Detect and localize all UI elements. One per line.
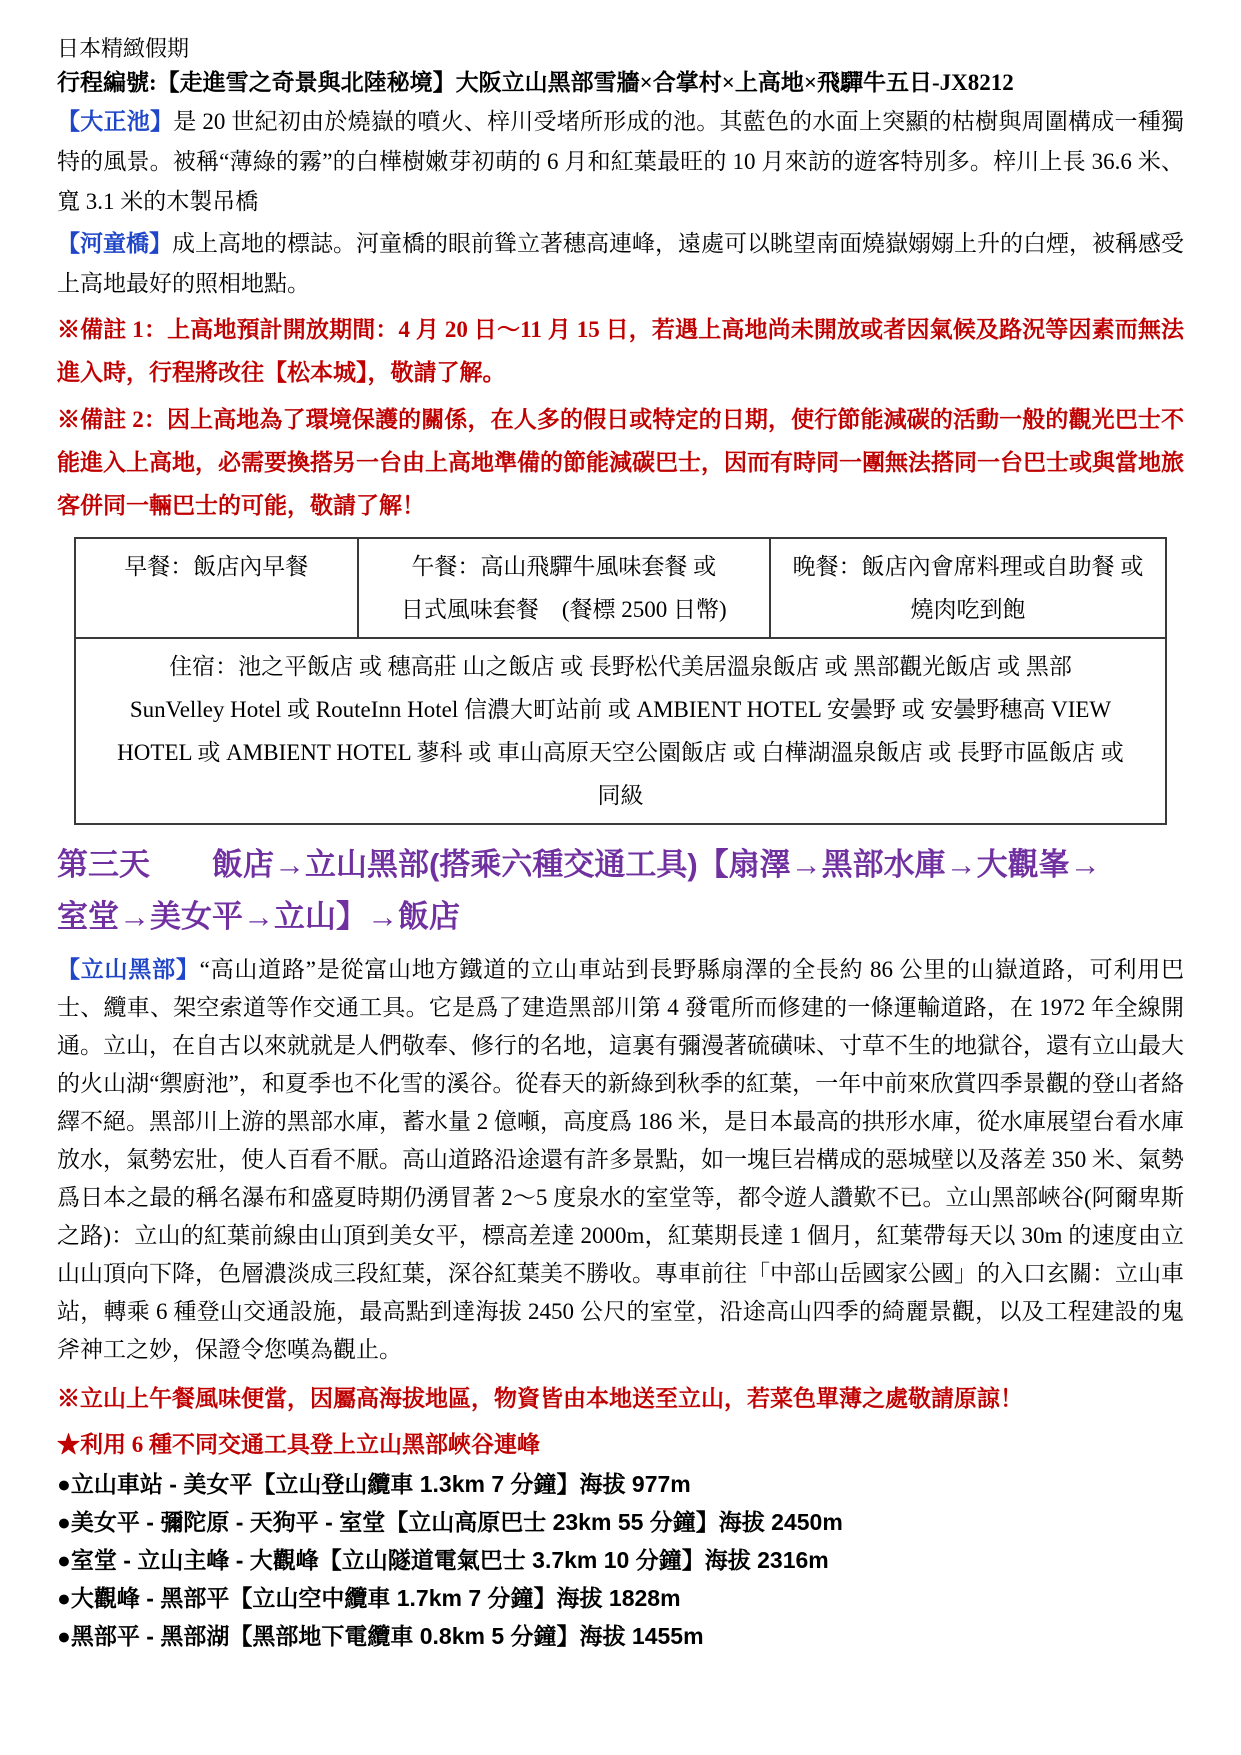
paragraph-taisho-pond: 【大正池】是 20 世紀初由於燒嶽的噴火、梓川受堵所形成的池。其藍色的水面上突顯… <box>57 102 1184 222</box>
dinner-cell: 晚餐：飯店內會席料理或自助餐 或 燒肉吃到飽 <box>770 538 1166 638</box>
transport-item-1: ●立山車站 - 美女平【立山登山纜車 1.3km 7 分鐘】海拔 977m <box>57 1465 1184 1503</box>
paragraph-tateyama-kurobe: 【立山黑部】“高山道路”是從富山地方鐵道的立山車站到長野縣扇澤的全長約 86 公… <box>57 951 1184 1369</box>
lodging-line-3: HOTEL 或 AMBIENT HOTEL 蓼科 或 車山高原天空公園飯店 或 … <box>84 731 1157 774</box>
itinerary-document-page: 日本精緻假期 行程編號:【走進雪之奇景與北陸秘境】大阪立山黑部雪牆×合掌村×上高… <box>0 0 1241 1755</box>
day3-heading-line-1: 第三天 飯店→立山黑部(搭乘六種交通工具)【扇澤→黑部水庫→大觀峯→ <box>57 839 1184 891</box>
lunch-line-2: 日式風味套餐 (餐標 2500 日幣) <box>367 588 761 631</box>
taisho-pond-body: 是 20 世紀初由於燒嶽的噴火、梓川受堵所形成的池。其藍色的水面上突顯的枯樹與周… <box>57 109 1184 214</box>
kappa-bridge-label: 【河童橋】 <box>57 231 172 256</box>
kappa-bridge-body: 成上高地的標誌。河童橋的眼前聳立著穗高連峰，遠處可以眺望南面燒嶽嫋嫋上升的白煙，… <box>57 231 1184 296</box>
taisho-pond-label: 【大正池】 <box>57 109 173 134</box>
lodging-line-4: 同級 <box>84 774 1157 817</box>
lunch-line-1: 午餐：高山飛驒牛風味套餐 或 <box>367 545 761 588</box>
tateyama-lunch-note: ※立山上午餐風味便當，因屬高海拔地區，物資皆由本地送至立山，若菜色單薄之處敬請原… <box>57 1377 1184 1421</box>
tateyama-kurobe-body: “高山道路”是從富山地方鐵道的立山車站到長野縣扇澤的全長約 86 公里的山嶽道路… <box>57 957 1184 1362</box>
lodging-line-2: SunVelley Hotel 或 RouteInn Hotel 信濃大町站前 … <box>84 688 1157 731</box>
paragraph-kappa-bridge: 【河童橋】成上高地的標誌。河童橋的眼前聳立著穗高連峰，遠處可以眺望南面燒嶽嫋嫋上… <box>57 224 1184 304</box>
day3-heading-line-2: 室堂→美女平→立山】→飯店 <box>57 891 1184 943</box>
lodging-cell: 住宿：池之平飯店 或 穗高莊 山之飯店 或 長野松代美居溫泉飯店 或 黑部觀光飯… <box>75 638 1166 824</box>
transport-item-2: ●美女平 - 彌陀原 - 天狗平 - 室堂【立山高原巴士 23km 55 分鐘】… <box>57 1503 1184 1541</box>
lodging-row: 住宿：池之平飯店 或 穗高莊 山之飯店 或 長野松代美居溫泉飯店 或 黑部觀光飯… <box>75 638 1166 824</box>
meals-lodging-table: 早餐：飯店內早餐 午餐：高山飛驒牛風味套餐 或 日式風味套餐 (餐標 2500 … <box>74 537 1167 825</box>
breakfast-text: 早餐：飯店內早餐 <box>84 545 349 588</box>
remark-note-2: ※備註 2：因上高地為了環境保護的關係，在人多的假日或特定的日期，使行節能減碳的… <box>57 398 1184 527</box>
tateyama-kurobe-label: 【立山黑部】 <box>57 957 200 982</box>
day3-heading: 第三天 飯店→立山黑部(搭乘六種交通工具)【扇澤→黑部水庫→大觀峯→ 室堂→美女… <box>57 839 1184 943</box>
transport-item-4: ●大觀峰 - 黑部平【立山空中纜車 1.7km 7 分鐘】海拔 1828m <box>57 1579 1184 1617</box>
dinner-line-2: 燒肉吃到飽 <box>779 588 1157 631</box>
dinner-line-1: 晚餐：飯店內會席料理或自助餐 或 <box>779 545 1157 588</box>
brand-name: 日本精緻假期 <box>57 34 1184 64</box>
lodging-line-1: 住宿：池之平飯店 或 穗高莊 山之飯店 或 長野松代美居溫泉飯店 或 黑部觀光飯… <box>84 645 1157 688</box>
remark-note-1: ※備註 1：上高地預計開放期間：4 月 20 日～11 月 15 日，若遇上高地… <box>57 308 1184 394</box>
breakfast-cell: 早餐：飯店內早餐 <box>75 538 358 638</box>
transport-item-5: ●黑部平 - 黑部湖【黑部地下電纜車 0.8km 5 分鐘】海拔 1455m <box>57 1617 1184 1655</box>
transport-list-title: ★利用 6 種不同交通工具登上立山黑部峽谷連峰 <box>57 1425 1184 1465</box>
lunch-cell: 午餐：高山飛驒牛風味套餐 或 日式風味套餐 (餐標 2500 日幣) <box>358 538 770 638</box>
itinerary-title: 行程編號:【走進雪之奇景與北陸秘境】大阪立山黑部雪牆×合掌村×上高地×飛驒牛五日… <box>57 66 1184 100</box>
transport-item-3: ●室堂 - 立山主峰 - 大觀峰【立山隧道電氣巴士 3.7km 10 分鐘】海拔… <box>57 1541 1184 1579</box>
meals-row: 早餐：飯店內早餐 午餐：高山飛驒牛風味套餐 或 日式風味套餐 (餐標 2500 … <box>75 538 1166 638</box>
